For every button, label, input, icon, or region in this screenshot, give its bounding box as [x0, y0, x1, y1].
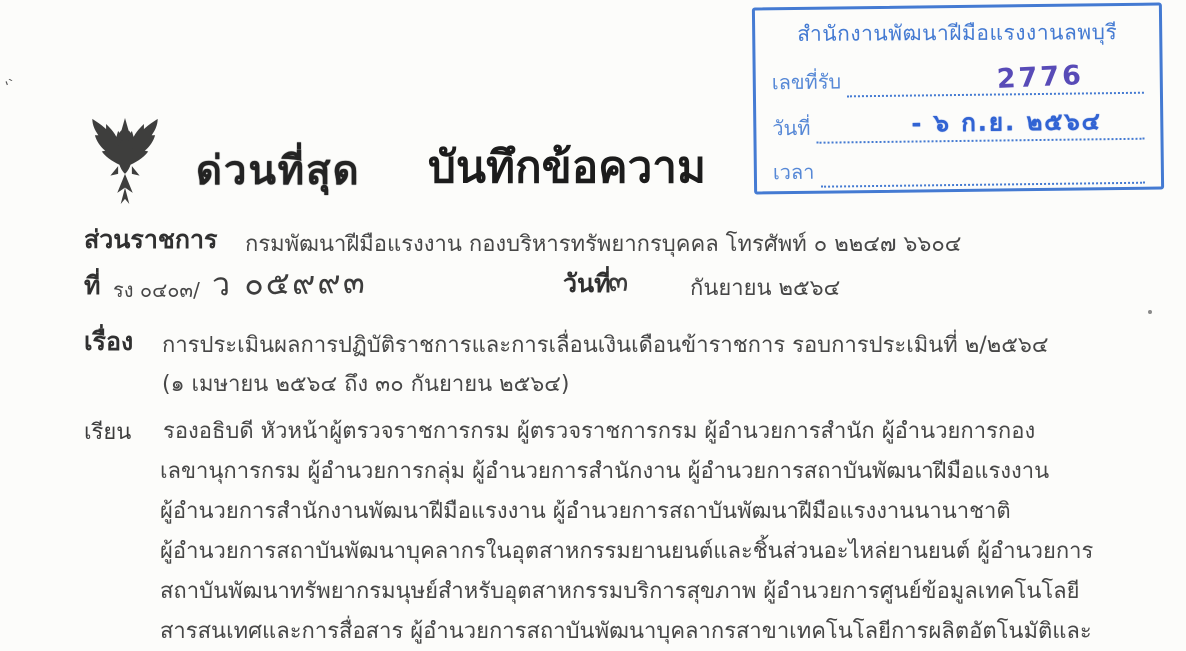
doc-number-handwritten: ว ๐๕๙๙๓	[212, 257, 368, 311]
recipients-line: สารสนเทศและการสื่อสาร ผู้อำนวยการสถาบันพ…	[160, 613, 1092, 648]
scan-artifact: '`	[4, 77, 20, 96]
receipt-date-dotted-line: - ๖ ก.ย. ๒๕๖๔	[816, 102, 1144, 144]
recipients-line: เลขานุการกรม ผู้อำนวยการกลุ่ม ผู้อำนวยกา…	[160, 453, 1049, 488]
receipt-date-stamped-value: - ๖ ก.ย. ๒๕๖๔	[911, 101, 1102, 142]
receipt-date-label: วันที่	[772, 112, 810, 144]
subject-label: เรื่อง	[84, 322, 133, 362]
receipt-time-label: เวลา	[773, 156, 815, 189]
receipt-stamp-office-name: สำนักงานพัฒนาฝีมือแรงงานลพบุรี	[755, 16, 1159, 51]
recipients-line: ผู้อำนวยการสถาบันพัฒนาบุคลากรในอุตสาหกรร…	[160, 533, 1093, 568]
receipt-number-row: เลขที่รับ 2776	[772, 58, 1144, 99]
recipients-line: ผู้อำนวยการสำนักงานพัฒนาฝีมือแรงงาน ผู้อ…	[160, 493, 1011, 528]
doc-number-label: ที่	[84, 266, 100, 306]
receipt-number-label: เลขที่รับ	[772, 65, 842, 98]
receipt-time-row: เวลา	[773, 150, 1145, 189]
receipt-number-dotted-line: 2776	[847, 56, 1144, 98]
urgency-stamp-text: ด่วนที่สุด	[196, 138, 361, 202]
receipt-date-row: วันที่ - ๖ ก.ย. ๒๕๖๔	[772, 104, 1144, 145]
department-label: ส่วนราชการ	[84, 220, 217, 260]
subject-line-2: (๑ เมษายน ๒๕๖๔ ถึง ๓๐ กันยายน ๒๕๖๔)	[162, 366, 570, 401]
receipt-stamp: สำนักงานพัฒนาฝีมือแรงงานลพบุรี เลขที่รับ…	[752, 3, 1164, 195]
memo-date-label: วันที่	[563, 264, 611, 304]
document-title: บันทึกข้อความ	[428, 132, 706, 202]
recipients-line: รองอธิบดี หัวหน้าผู้ตรวจราชการกรม ผู้ตรว…	[163, 413, 1035, 448]
recipients-line: สถาบันพัฒนาทรัพยากรมนุษย์สำหรับอุตสาหกรร…	[160, 573, 1080, 608]
scan-artifact	[1148, 310, 1152, 314]
receipt-number-handwritten: 2776	[996, 60, 1085, 95]
memo-date-day-handwritten: ๓	[608, 258, 629, 305]
garuda-emblem-icon	[82, 110, 168, 212]
subject-line-1: การประเมินผลการปฏิบัติราชการและการเลื่อน…	[162, 327, 1048, 362]
memo-document-page: สำนักงานพัฒนาฝีมือแรงงานลพบุรี เลขที่รับ…	[0, 0, 1186, 651]
department-value: กรมพัฒนาฝีมือแรงงาน กองบริหารทรัพยากรบุค…	[245, 226, 961, 261]
to-label: เรียน	[84, 414, 131, 449]
receipt-time-dotted-line	[820, 148, 1145, 188]
memo-date-month-year: กันยายน ๒๕๖๔	[690, 270, 840, 305]
doc-number-printed: รง ๐๔๐๓/	[113, 274, 200, 306]
